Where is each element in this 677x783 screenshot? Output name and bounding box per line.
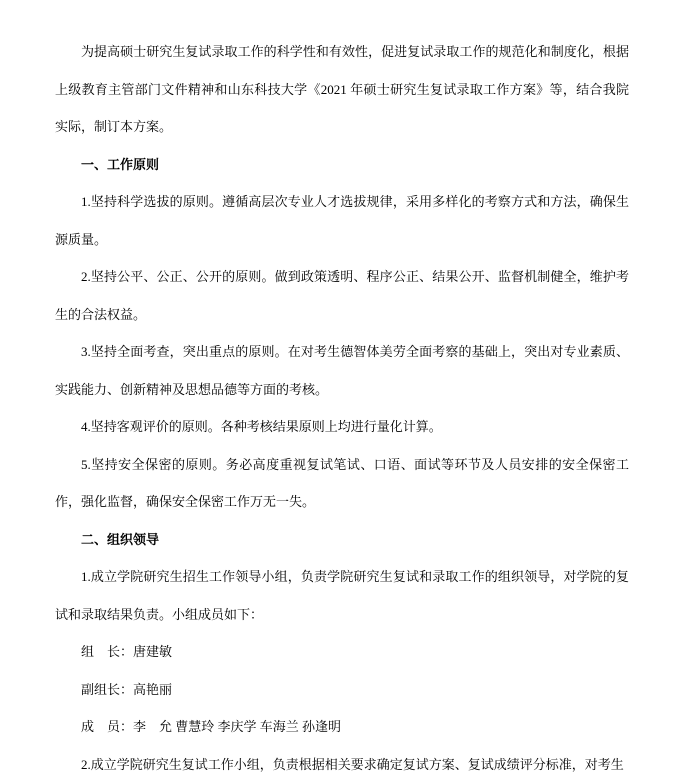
principle-item-2: 2.坚持公平、公正、公开的原则。做到政策透明、程序公正、结果公开、监督机制健全，…	[55, 258, 629, 333]
deputy-leader-line: 副组长：高艳丽	[55, 671, 629, 709]
principle-item-3: 3.坚持全面考查，突出重点的原则。在对考生德智体美劳全面考察的基础上，突出对专业…	[55, 333, 629, 408]
principle-item-5: 5.坚持安全保密的原则。务必高度重视复试笔试、口语、面试等环节及人员安排的安全保…	[55, 446, 629, 521]
principle-item-4: 4.坚持客观评价的原则。各种考核结果原则上均进行量化计算。	[55, 408, 629, 446]
intro-paragraph: 为提高硕士研究生复试录取工作的科学性和有效性，促进复试录取工作的规范化和制度化，…	[55, 33, 629, 146]
document-page: 为提高硕士研究生复试录取工作的科学性和有效性，促进复试录取工作的规范化和制度化，…	[0, 0, 677, 783]
section-2-heading: 二、组织领导	[55, 521, 629, 559]
review-group-paragraph: 2.成立学院研究生复试工作小组，负责根据相关要求确定复试方案、复试成绩评分标准，…	[55, 746, 629, 783]
document-body: 为提高硕士研究生复试录取工作的科学性和有效性，促进复试录取工作的规范化和制度化，…	[0, 0, 677, 783]
principle-item-1: 1.坚持科学选拔的原则。遵循高层次专业人才选拔规律，采用多样化的考察方式和方法，…	[55, 183, 629, 258]
group-leader-line: 组 长：唐建敏	[55, 633, 629, 671]
group-members-line: 成 员：李 允 曹慧玲 李庆学 车海兰 孙逢明	[55, 708, 629, 746]
leadership-group-paragraph: 1.成立学院研究生招生工作领导小组，负责学院研究生复试和录取工作的组织领导，对学…	[55, 558, 629, 633]
section-1-heading: 一、工作原则	[55, 146, 629, 184]
